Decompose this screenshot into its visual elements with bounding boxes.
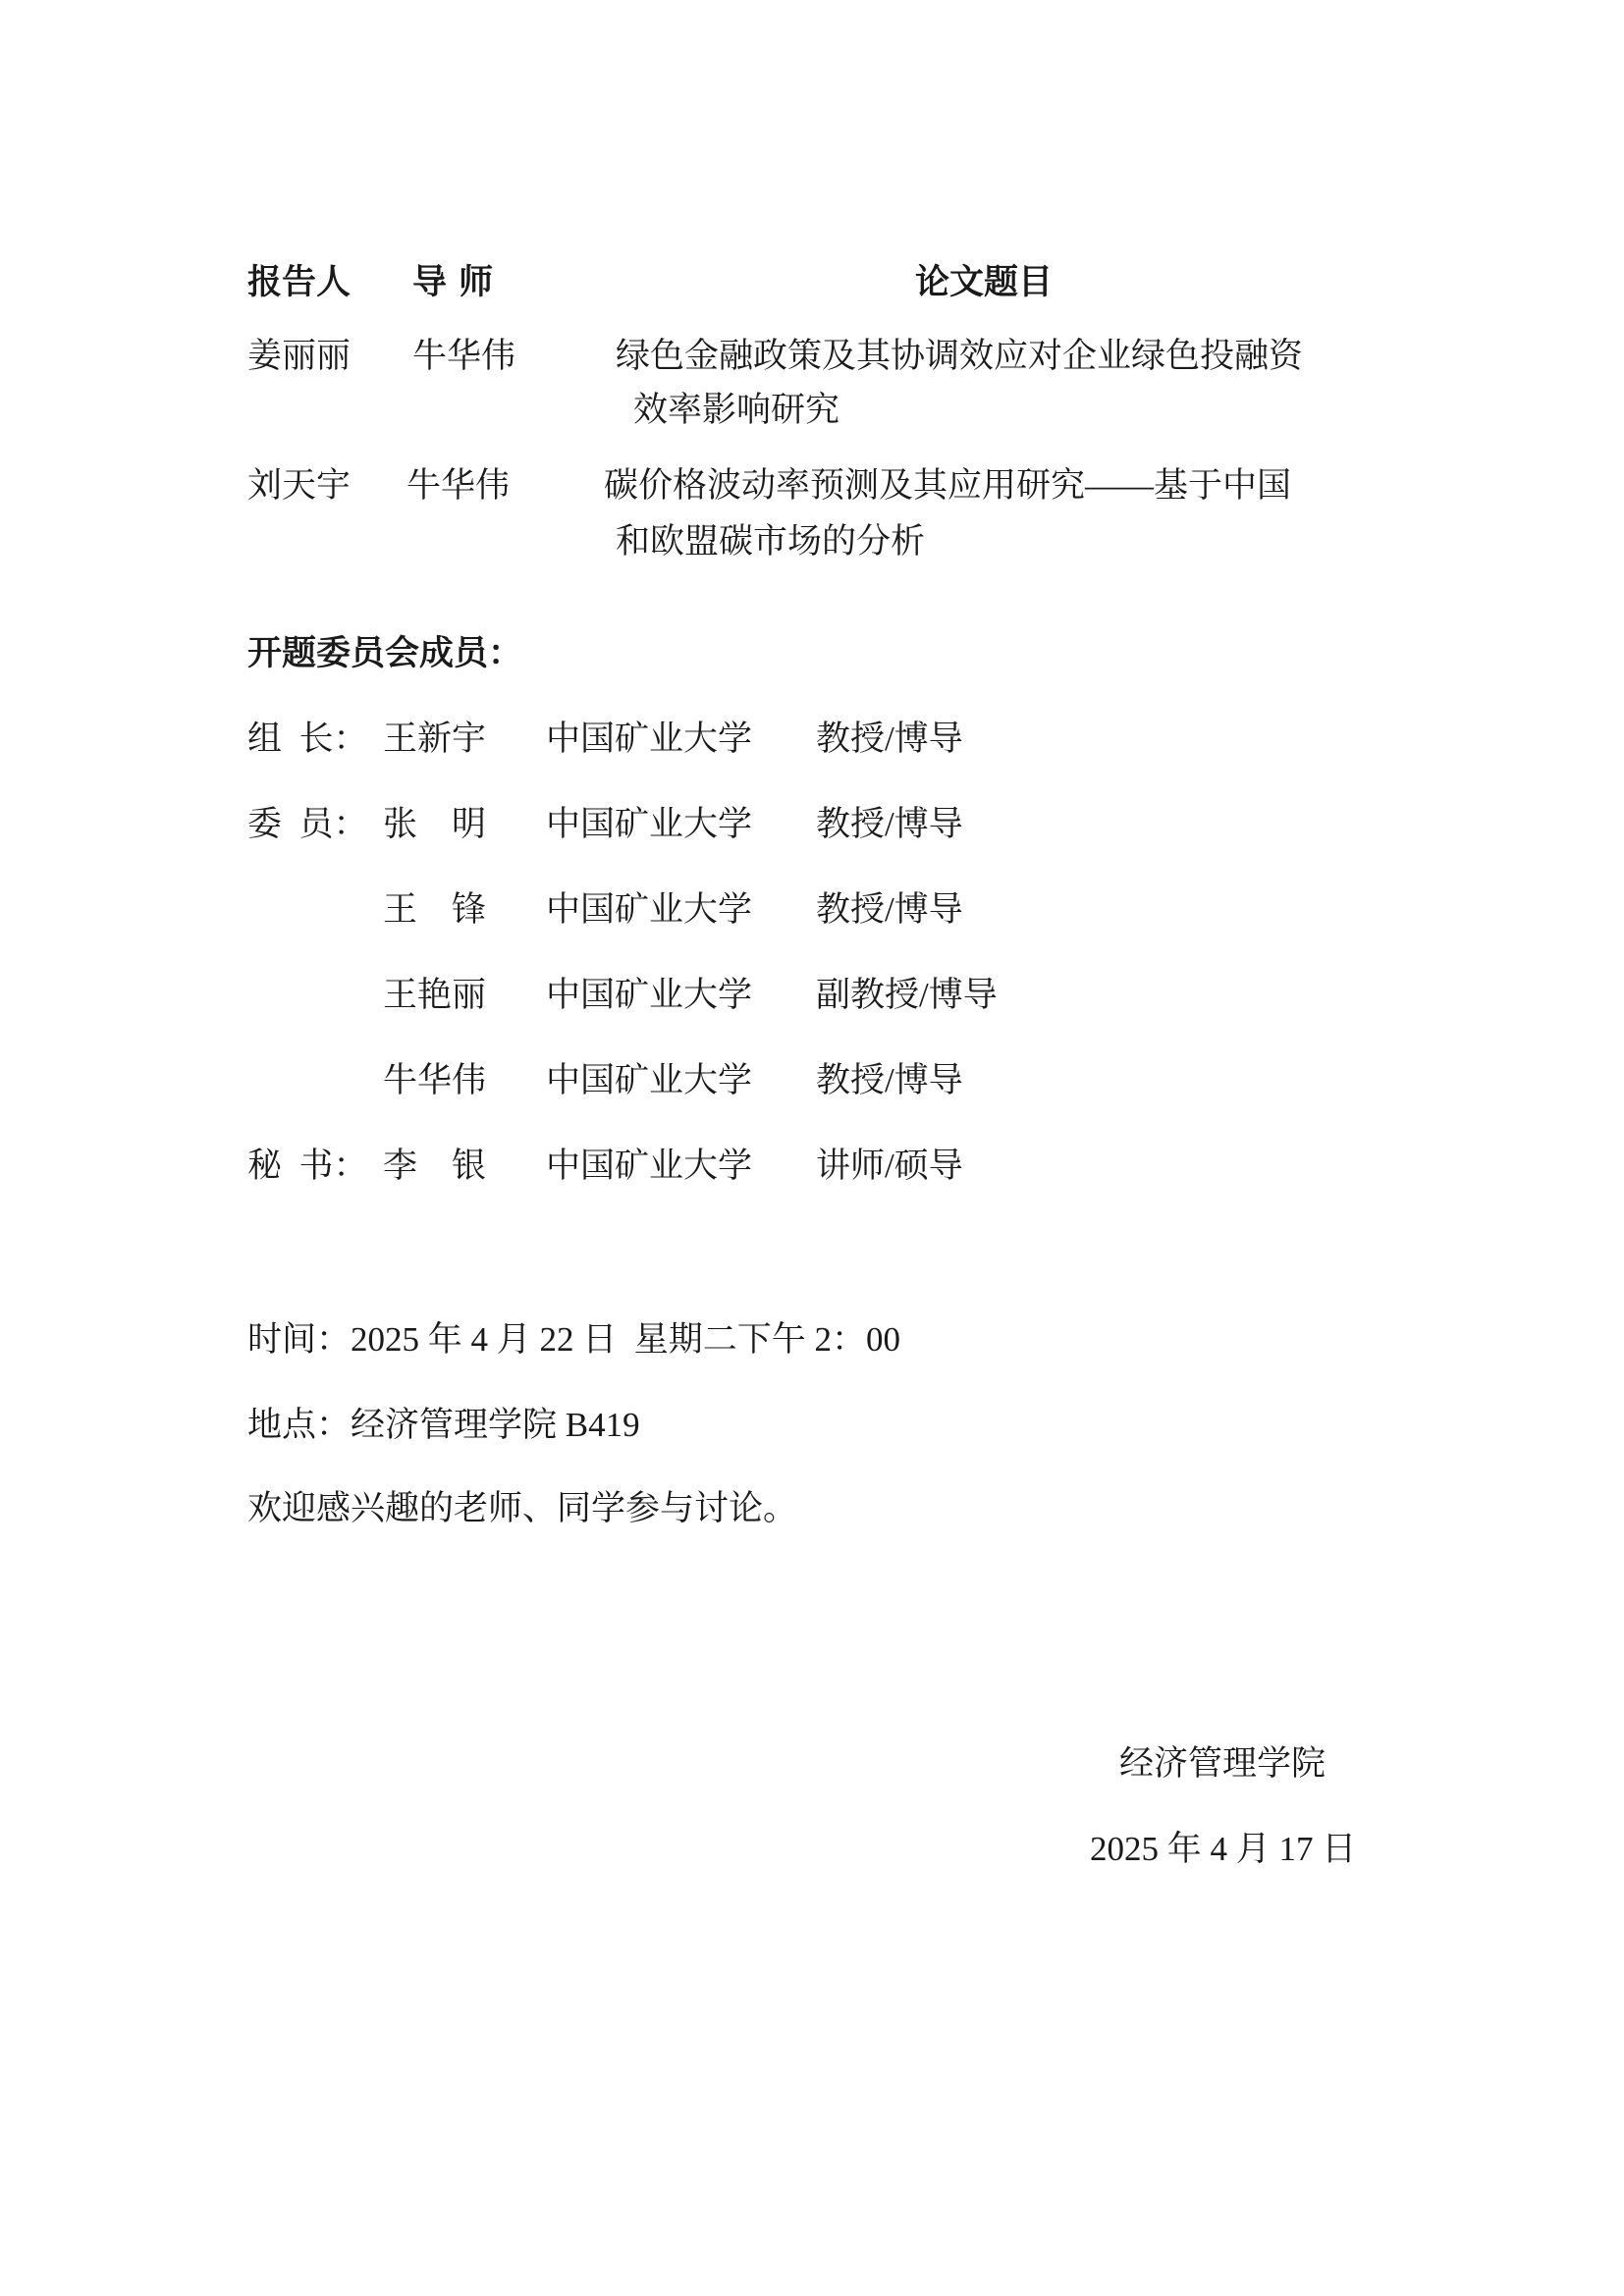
- member-name: 牛华伟: [383, 1061, 486, 1100]
- member-name: 王艳丽: [383, 976, 486, 1015]
- member-name: 张 明: [383, 805, 486, 844]
- member-title: 教授/博导: [816, 805, 963, 844]
- member-title: 副教授/博导: [816, 976, 998, 1015]
- signature-org: 经济管理学院: [1119, 1744, 1326, 1784]
- header-thesis-title: 论文题目: [915, 263, 1053, 302]
- member-name: 王新宇: [383, 720, 486, 759]
- member-role: 委 员：: [247, 805, 368, 844]
- member-title: 教授/博导: [816, 890, 963, 930]
- header-advisor: 导 师: [412, 263, 493, 302]
- member-school: 中国矿业大学: [546, 890, 752, 930]
- report-2-title-line2: 和欧盟碳市场的分析: [616, 522, 925, 561]
- member-school: 中国矿业大学: [546, 720, 752, 759]
- report-2-advisor: 牛华伟: [406, 466, 510, 506]
- member-name: 王 锋: [383, 890, 486, 930]
- member-title: 讲师/硕导: [816, 1147, 963, 1186]
- report-1-reporter: 姜丽丽: [247, 337, 351, 376]
- report-2-title-line1: 碳价格波动率预测及其应用研究——基于中国: [604, 466, 1291, 506]
- member-school: 中国矿业大学: [546, 1061, 752, 1100]
- member-role: 组 长：: [247, 720, 368, 759]
- committee-heading: 开题委员会成员：: [247, 634, 522, 673]
- time-line: 时间：2025 年 4 月 22 日 星期二下午 2：00: [247, 1320, 900, 1360]
- header-reporter: 报告人: [247, 263, 351, 302]
- report-1-title-line2: 效率影响研究: [633, 391, 839, 430]
- member-school: 中国矿业大学: [546, 976, 752, 1015]
- report-2-reporter: 刘天宇: [247, 466, 351, 506]
- place-line: 地点：经济管理学院 B419: [247, 1406, 640, 1445]
- member-title: 教授/博导: [816, 1061, 963, 1100]
- signature-date: 2025 年 4 月 17 日: [1090, 1830, 1356, 1869]
- member-title: 教授/博导: [816, 720, 963, 759]
- member-school: 中国矿业大学: [546, 1147, 752, 1186]
- member-role: 秘 书：: [247, 1147, 368, 1186]
- report-1-title-line1: 绿色金融政策及其协调效应对企业绿色投融资: [616, 337, 1303, 376]
- member-school: 中国矿业大学: [546, 805, 752, 844]
- report-1-advisor: 牛华伟: [412, 337, 515, 376]
- welcome-line: 欢迎感兴趣的老师、同学参与讨论。: [247, 1489, 797, 1528]
- member-name: 李 银: [383, 1147, 486, 1186]
